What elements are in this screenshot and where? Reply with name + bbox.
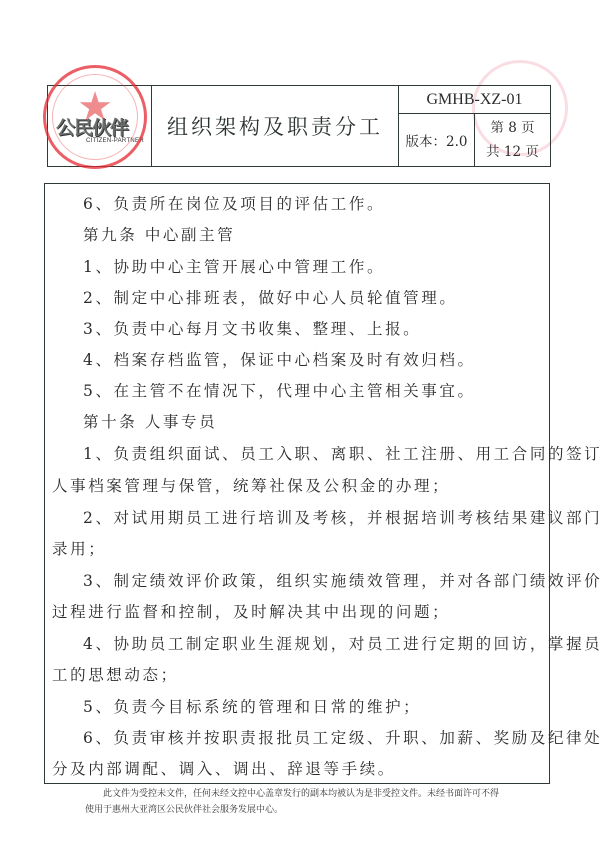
content-line: 2、制定中心排班表，做好中心人员轮值管理。	[83, 282, 457, 314]
document-footer: 此文件为受控未文件，任何未经文控中心盖章发行的副本均被认为是非受控文件。未经书面…	[85, 786, 525, 818]
content-line: 3、制定绩效评价政策，组织实施绩效管理，并对各部门绩效评价	[83, 565, 600, 597]
content-line: 5、在主管不在情况下，代理中心主管相关事宜。	[83, 375, 476, 407]
content-line: 过程进行监督和控制，及时解决其中出现的问题；	[52, 596, 450, 628]
document-header-table: 公民伙伴 CITIZEN-PARTNER 组织架构及职责分工 GMHB-XZ-0…	[47, 85, 551, 167]
content-line: 6、负责审核并按职责报批员工定级、升职、加薪、奖励及纪律处	[83, 722, 600, 754]
document-meta: GMHB-XZ-01 版本：2.0 第 8 页 共 12 页	[399, 86, 550, 166]
content-line: 2、对试用期员工进行培训及考核，并根据培训考核结果建议部门	[83, 502, 600, 534]
title-cell: 组织架构及职责分工	[152, 86, 399, 166]
content-line: 人事档案管理与保管，统筹社保及公积金的办理；	[52, 470, 450, 502]
page-info: 第 8 页 共 12 页	[475, 114, 550, 166]
organization-logo: 公民伙伴 CITIZEN-PARTNER	[56, 113, 144, 144]
content-line: 第十条 人事专员	[83, 406, 217, 438]
content-line: 录用；	[52, 533, 106, 565]
footer-line-2: 使用于惠州大亚湾区公民伙伴社会服务发展中心。	[85, 802, 525, 818]
content-line: 工的思想动态；	[52, 659, 179, 691]
content-line: 4、协助员工制定职业生涯规划，对员工进行定期的回访，掌握员	[83, 628, 600, 660]
logo-cell: 公民伙伴 CITIZEN-PARTNER	[48, 86, 152, 166]
content-line: 第九条 中心副主管	[83, 219, 235, 251]
content-line: 6、负责所在岗位及项目的评估工作。	[83, 188, 385, 220]
footer-line-1: 此文件为受控未文件，任何未经文控中心盖章发行的副本均被认为是非受控文件。未经书面…	[85, 786, 525, 802]
content-line: 4、档案存档监管，保证中心档案及时有效归档。	[83, 344, 476, 376]
document-title: 组织架构及职责分工	[167, 111, 383, 141]
content-line: 5、负责今目标系统的管理和日常的维护；	[83, 691, 421, 723]
content-line: 3、负责中心每月文书收集、整理、上报。	[83, 313, 421, 345]
content-line: 1、负责组织面试、员工入职、离职、社工注册、用工合同的签订、	[83, 438, 600, 470]
logo-chinese-text: 公民伙伴	[56, 113, 144, 140]
page-total: 共 12 页	[486, 140, 539, 164]
version-label: 版本：2.0	[399, 114, 475, 166]
page-current: 第 8 页	[490, 116, 534, 140]
content-line: 分及内部调配、调入、调出、辞退等手续。	[52, 753, 396, 785]
document-code: GMHB-XZ-01	[399, 86, 550, 114]
content-line: 1、协助中心主管开展心中管理工作。	[83, 251, 385, 283]
content-box: 6、负责所在岗位及项目的评估工作。第九条 中心副主管1、协助中心主管开展心中管理…	[44, 183, 550, 784]
